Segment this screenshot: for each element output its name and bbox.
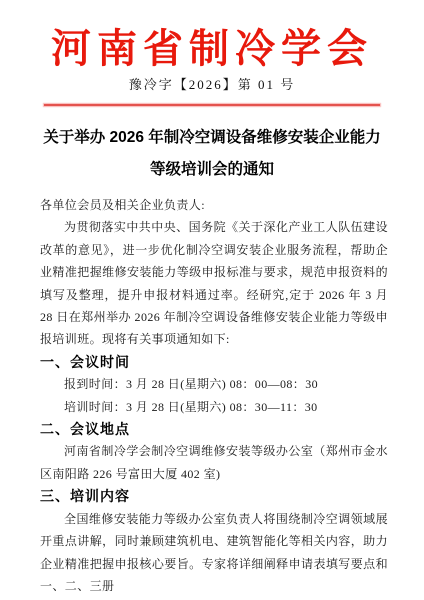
registration-time-line: 报到时间：3 月 28 日(星期六) 08：00—08：30: [40, 373, 388, 395]
notice-title-line-2: 等级培训会的通知: [0, 154, 424, 186]
notice-document: 河南省制冷学会 豫冷字【2026】第 01 号 关于举办 2026 年制冷空调设…: [0, 0, 424, 600]
training-content-paragraph: 全国维修安装能力等级办公室负责人将围绕制冷空调领域展开重点讲解，同时兼顾建筑机电…: [40, 508, 388, 598]
red-divider: [44, 104, 380, 106]
section-1-heading: 一、会议时间: [40, 351, 388, 373]
salutation: 各单位会员及相关企业负责人:: [40, 194, 388, 216]
training-time-line: 培训时间：3 月 28 日(星期六) 08：30—11：30: [40, 396, 388, 418]
venue-paragraph: 河南省制冷学会制冷空调维修安装等级办公室（郑州市金水区南阳路 226 号富田大厦…: [40, 440, 388, 485]
org-title: 河南省制冷学会: [0, 26, 424, 72]
notice-title: 关于举办 2026 年制冷空调设备维修安装企业能力 等级培训会的通知: [0, 122, 424, 186]
notice-body: 各单位会员及相关企业负责人: 为贯彻落实中共中央、国务院《关于深化产业工人队伍建…: [40, 194, 388, 597]
doc-number: 豫冷字【2026】第 01 号: [0, 76, 424, 94]
section-2-heading: 二、会议地点: [40, 418, 388, 440]
section-3-heading: 三、培训内容: [40, 485, 388, 507]
intro-paragraph: 为贯彻落实中共中央、国务院《关于深化产业工人队伍建设改革的意见》，进一步优化制冷…: [40, 216, 388, 350]
notice-title-line-1: 关于举办 2026 年制冷空调设备维修安装企业能力: [0, 122, 424, 154]
